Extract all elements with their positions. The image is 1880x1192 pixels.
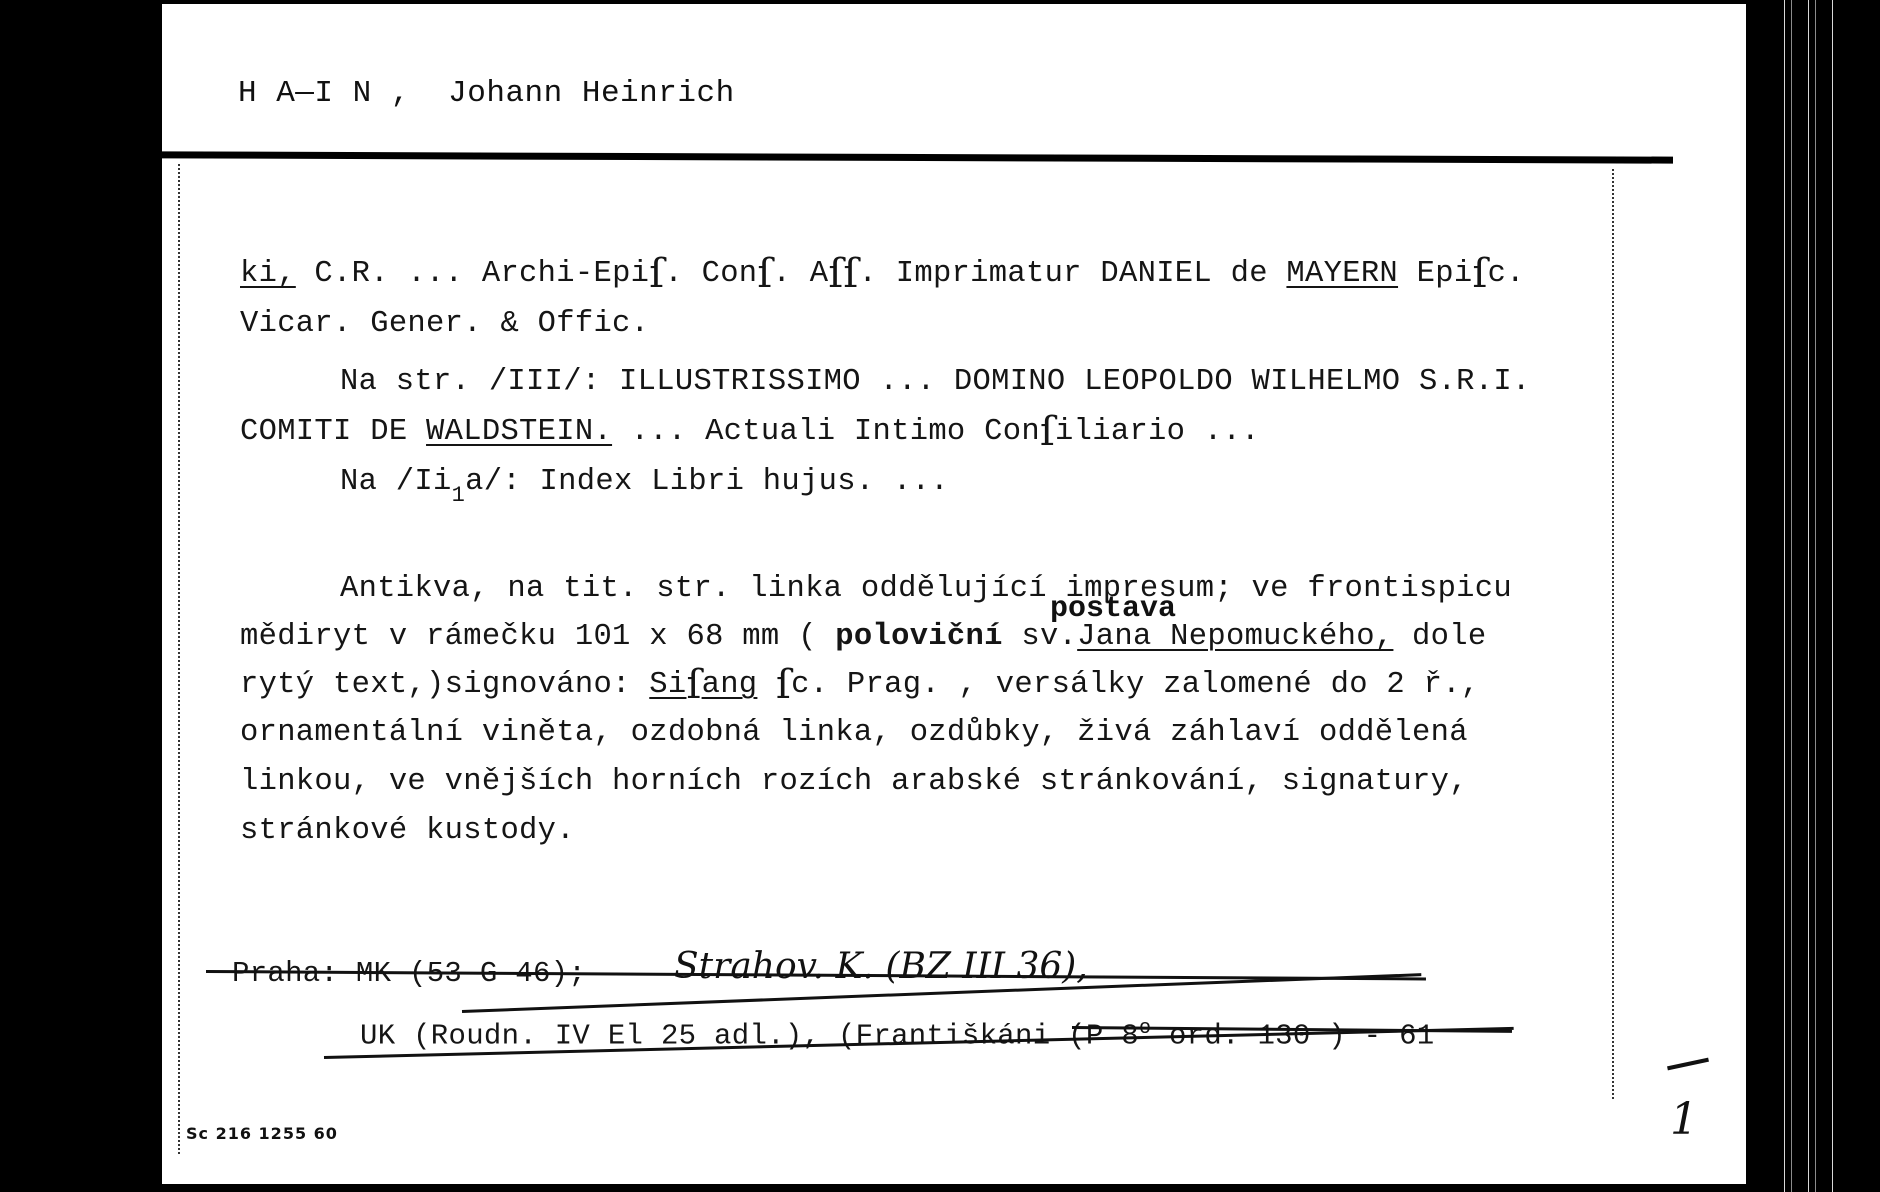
text-fragment: Si xyxy=(649,668,686,702)
text-fragment: - 61 xyxy=(1346,1020,1435,1053)
text-fragment: dole xyxy=(1393,620,1486,654)
subscript: 1 xyxy=(452,483,466,508)
long-s-glyph: ſ xyxy=(776,662,791,708)
catalog-card: H A—I N , Johann Heinrich ki, C.R. ... A… xyxy=(162,4,1746,1184)
text-fragment: Epi xyxy=(1398,257,1472,291)
underlined-text: ki, xyxy=(240,257,296,291)
holdings-line-1-handwritten: Strahov. K. (BZ III 36), xyxy=(674,946,1088,987)
text-line-dedication-1: Na str. /III/: ILLUSTRISSIMO ... DOMINO … xyxy=(340,365,1531,399)
long-s-glyph: ſ xyxy=(757,251,772,297)
text-line-index: Na /Ii1a/: Index Libri hujus. ... xyxy=(340,465,949,499)
underlined-text: WALDSTEIN. xyxy=(426,415,612,449)
text-fragment: c. Prag. , versálky zalomené do 2 ř., xyxy=(791,668,1479,702)
long-s-glyph: ſ xyxy=(649,251,664,297)
right-margin-line xyxy=(1612,169,1614,1099)
long-s-glyph: ſ xyxy=(1472,251,1487,297)
text-line-imprimatur-1: ki, C.R. ... Archi-Epiſ. Conſ. Aſſ. Impr… xyxy=(240,257,1525,291)
scan-edge-streaks xyxy=(1776,0,1836,1192)
text-line-imprimatur-2: Vicar. Gener. & Offic. xyxy=(240,307,649,341)
text-fragment: C.R. ... Archi-Epi xyxy=(296,257,649,291)
card-heading-author: H A—I N , Johann Heinrich xyxy=(238,76,735,111)
text-fragment: rytý text,)signováno: xyxy=(240,668,649,702)
text-fragment: ... Actuali Intimo Con xyxy=(612,415,1040,449)
text-fragment: sv. xyxy=(1003,620,1077,654)
long-s-glyph: ſſ xyxy=(828,251,858,297)
text-line-description-2: mědiryt v rámečku 101 x 68 mm ( polovičn… xyxy=(240,620,1486,654)
text-line-description-1: Antikva, na tit. str. linka oddělující i… xyxy=(340,572,1512,606)
text-line-dedication-2: COMITI DE WALDSTEIN. ... Actuali Intimo … xyxy=(240,415,1260,449)
text-fragment: mědiryt v rámečku 101 x 68 mm ( xyxy=(240,620,835,654)
long-s-glyph: ſ xyxy=(1040,409,1055,455)
text-fragment: iliario ... xyxy=(1055,415,1260,449)
text-line-description-5: linkou, ve vnějších horních rozích arabs… xyxy=(240,765,1468,799)
text-fragment: COMITI DE xyxy=(240,415,426,449)
page-mark-dash xyxy=(1667,1058,1709,1071)
text-line-description-4: ornamentální viněta, ozdobná linka, ozdů… xyxy=(240,716,1468,750)
text-fragment: Na /Ii xyxy=(340,465,452,499)
text-fragment: ang xyxy=(702,668,758,702)
underlined-text: Jana Nepomuckého, xyxy=(1077,620,1393,654)
bold-text: poloviční xyxy=(835,620,1002,654)
text-fragment: . A xyxy=(773,257,829,291)
long-s-glyph: ſ xyxy=(686,662,701,708)
text-fragment: c. xyxy=(1488,257,1525,291)
underlined-text: MAYERN xyxy=(1286,257,1398,291)
page-number-mark: 1 xyxy=(1670,1094,1698,1145)
header-rule xyxy=(162,151,1673,163)
text-fragment: . Con xyxy=(664,257,757,291)
text-line-description-6: stránkové kustody. xyxy=(240,814,575,848)
print-code: Sc 216 1255 60 xyxy=(186,1124,338,1143)
left-margin-line xyxy=(178,164,180,1154)
underlined-text: Siſang xyxy=(649,668,757,702)
text-line-description-3: rytý text,)signováno: Siſang ſc. Prag. ,… xyxy=(240,668,1479,702)
text-fragment: . Imprimatur DANIEL de xyxy=(859,257,1287,291)
text-fragment: a/: Index Libri hujus. ... xyxy=(465,465,949,499)
